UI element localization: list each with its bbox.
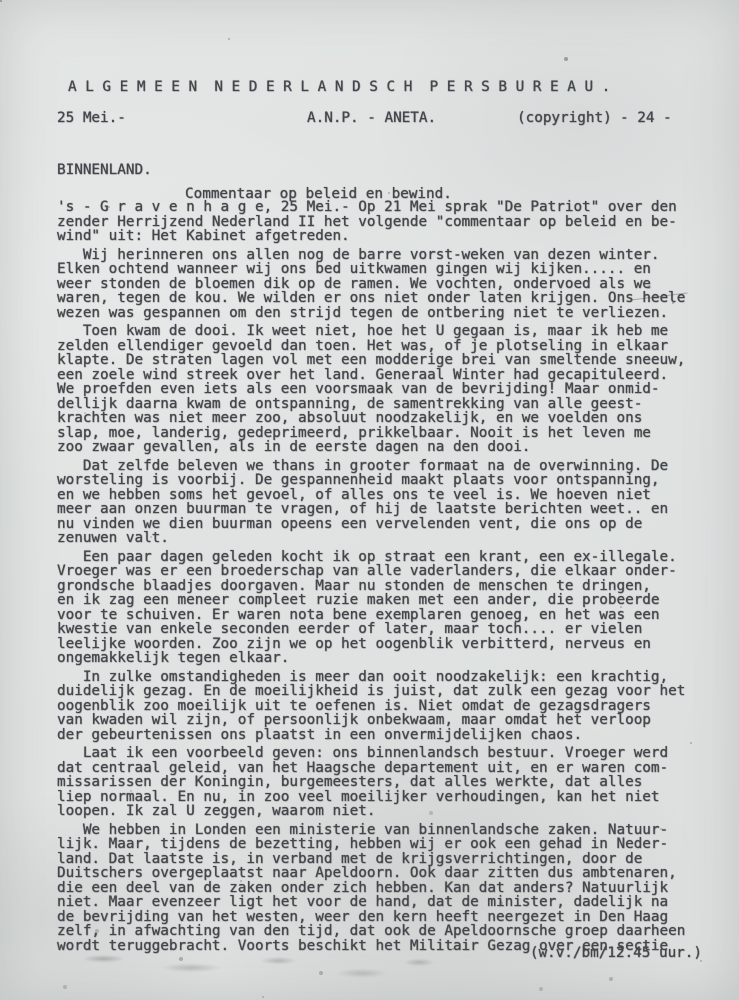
paragraph-voorbeeld: Laat ik een voorbeeld geven: ons binnenl…	[57, 746, 712, 819]
section-label: BINNENLAND.	[57, 163, 152, 178]
scanned-press-bulletin-page: A L G E M E E N N E D E R L A N D S C H …	[0, 0, 739, 1000]
masthead-row: 25 Mei.- A.N.P. - ANETA. (copyright) - 2…	[57, 111, 707, 127]
paragraph-dateline-intro: 's - G r a v e n h a g e, 25 Mei.- Op 21…	[57, 200, 712, 244]
paragraph-gezag: In zulke omstandigheden is meer dan ooit…	[57, 670, 712, 743]
issue-date: 25 Mei.-	[57, 111, 126, 126]
bureau-name: A.N.P. - ANETA.	[307, 111, 436, 126]
agency-name-header: A L G E M E E N N E D E R L A N D S C H …	[68, 80, 610, 95]
article-body: 's - G r a v e n h a g e, 25 Mei.- Op 21…	[57, 200, 712, 953]
paragraph-overwinning: Dat zelfde beleven we thans in grooter f…	[57, 459, 712, 546]
copyright-note: (copyright)	[517, 111, 612, 126]
paragraph-winter: Wij herinneren ons allen nog de barre vo…	[57, 248, 712, 321]
paragraph-londen: We hebben in Londen een ministerie van b…	[57, 823, 712, 954]
page-number: - 24 -	[620, 111, 672, 126]
editorial-sign-off: (w.v./bm/12.45 uur.)	[57, 946, 702, 961]
paragraph-dooi: Toen kwam de dooi. Ik weet niet, hoe het…	[57, 324, 712, 455]
paragraph-krant: Een paar dagen geleden kocht ik op straa…	[57, 550, 712, 666]
